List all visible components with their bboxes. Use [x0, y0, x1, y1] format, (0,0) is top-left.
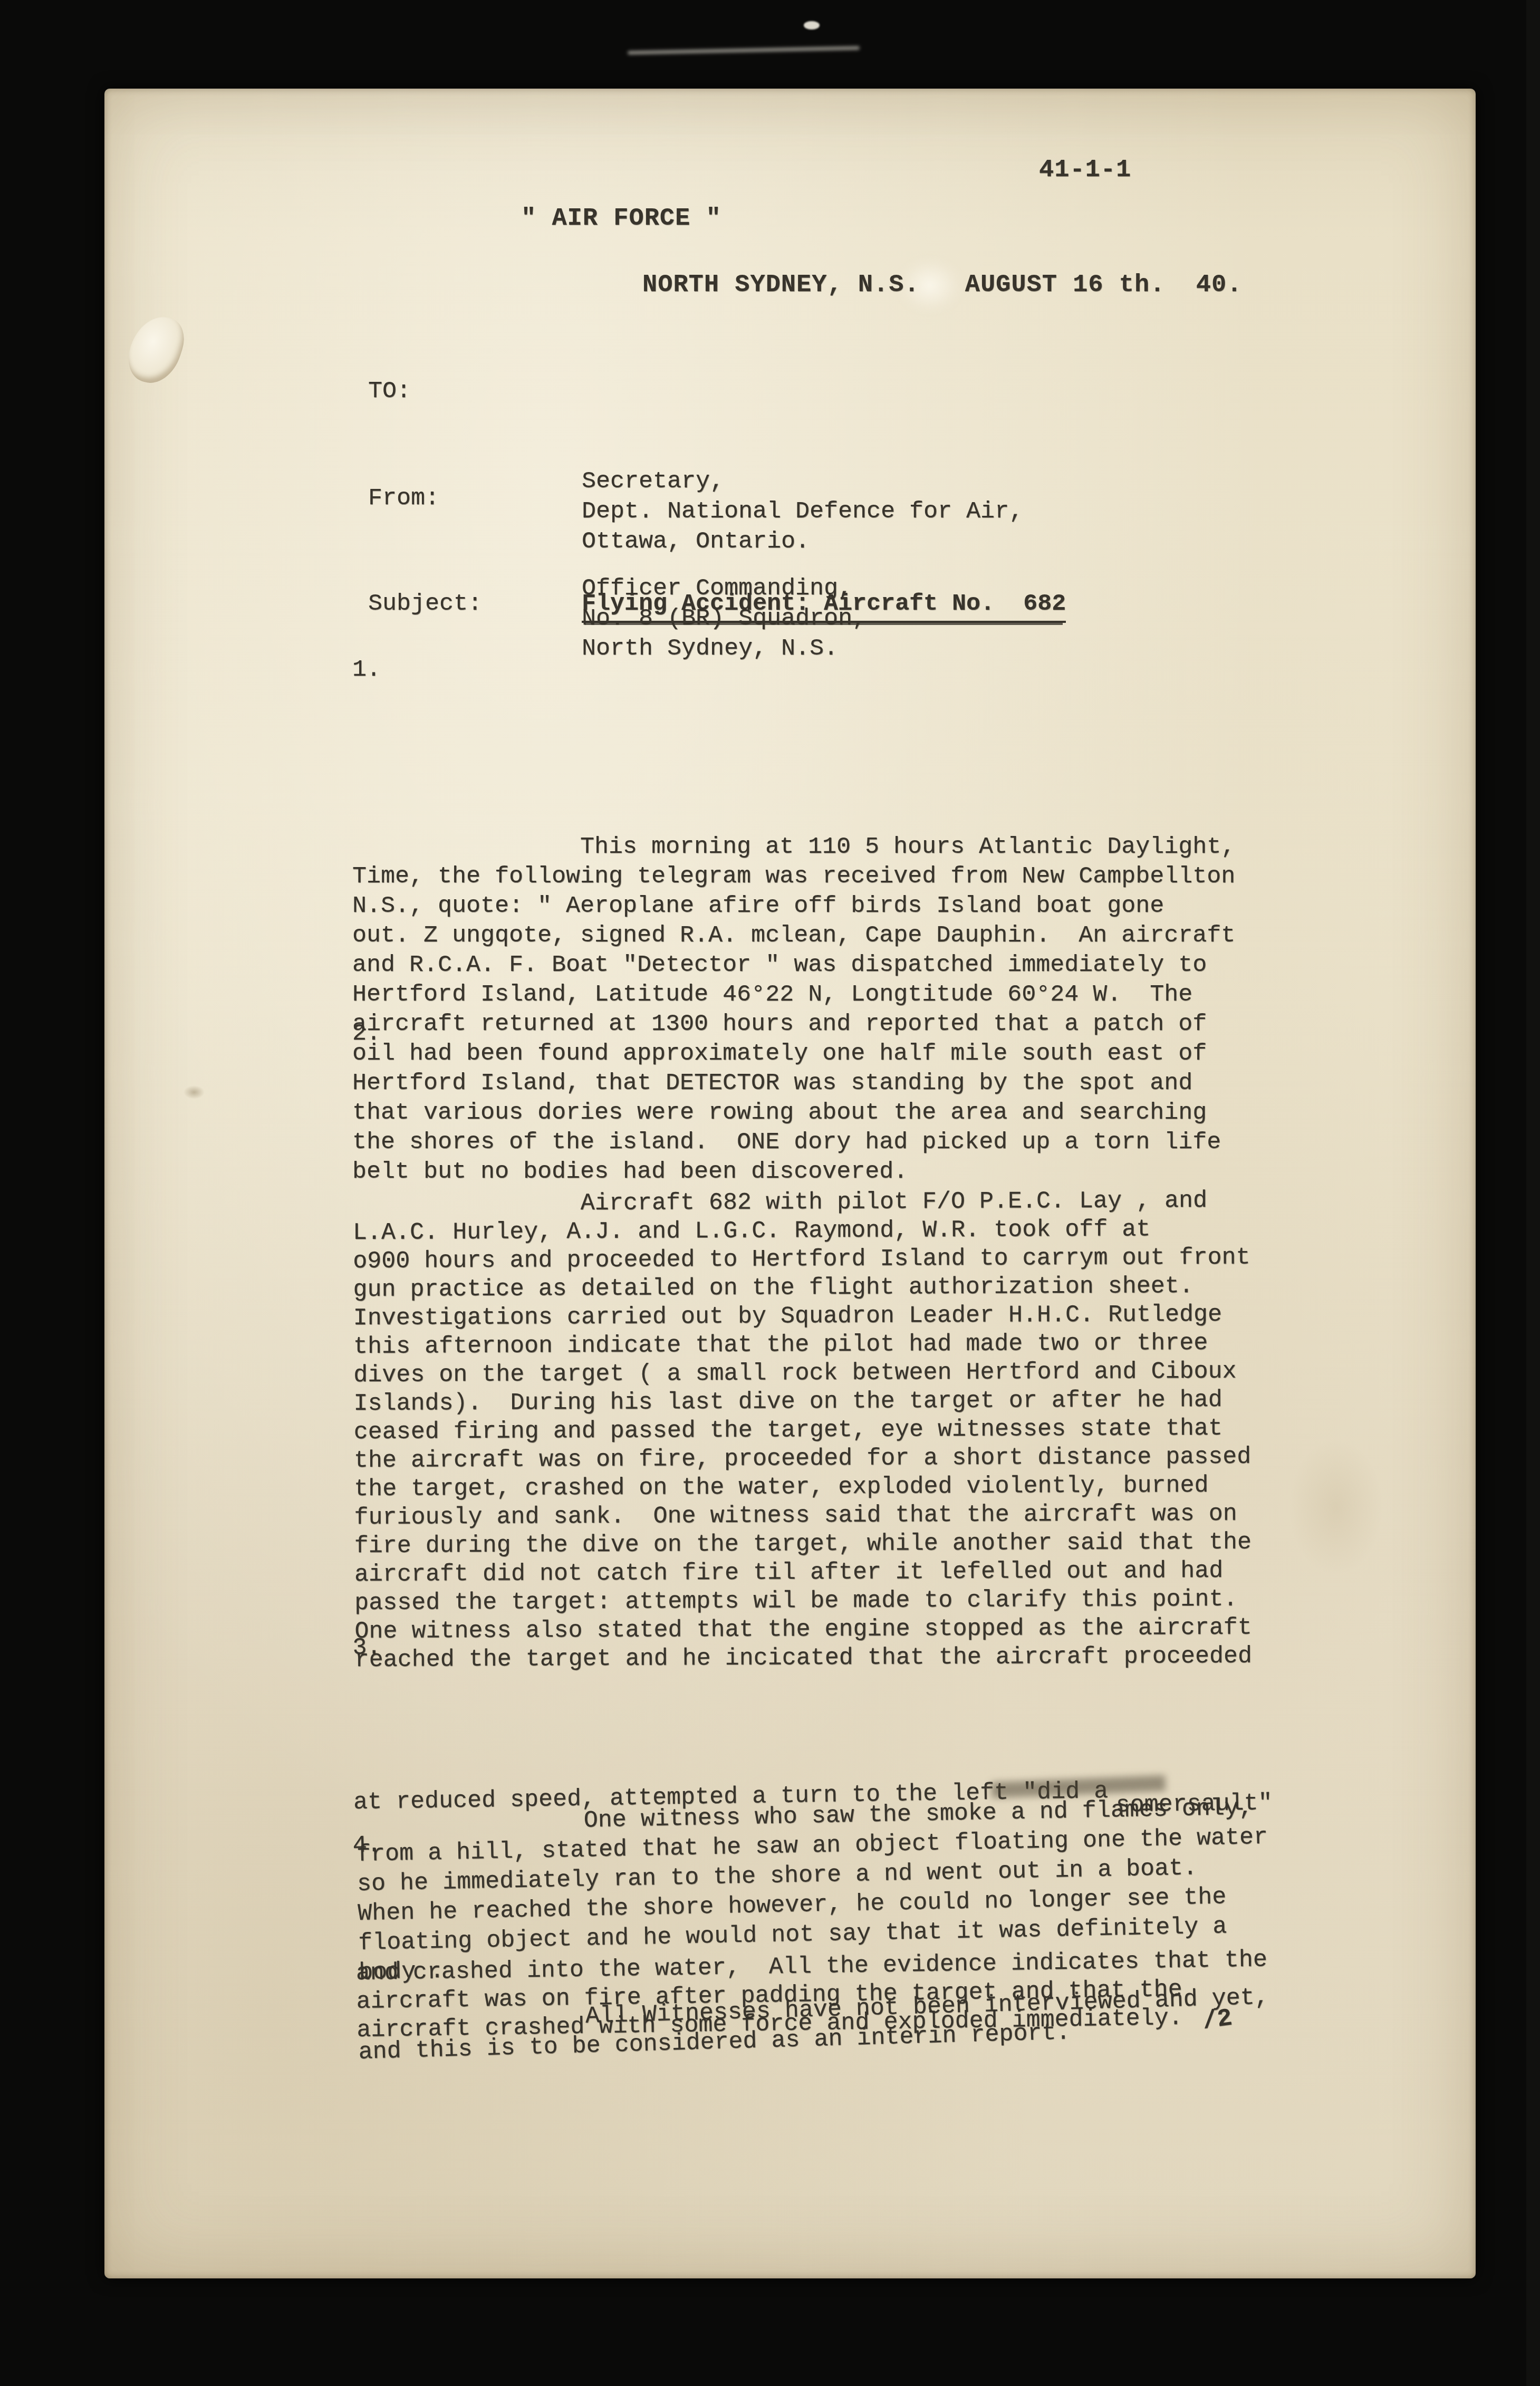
date-text: AUGUST 16 th. 40.	[965, 271, 1243, 299]
to-label: TO:	[368, 376, 411, 406]
typed-line: N.S., quote: " Aeroplane afire off birds…	[352, 891, 1235, 921]
document-page: 41-1-1 " AIR FORCE " NORTH SYDNEY, N.S.A…	[104, 89, 1476, 2278]
paragraph-body: Aircraft 682 with pilot F/O P.E.C. Lay ,…	[352, 1101, 1274, 1675]
typed-line: ceased firing and passed the target, eye…	[354, 1414, 1273, 1447]
paragraph-number: 4.	[352, 1830, 382, 1860]
scan-edge-strip	[1526, 0, 1540, 2386]
typed-line: o900 hours and proceeded to Hertford Isl…	[353, 1243, 1272, 1276]
paragraph-number: 2.	[352, 1019, 381, 1048]
typed-line: furiously and sank. One witness said tha…	[354, 1499, 1273, 1532]
paper-stain	[184, 1085, 205, 1099]
typed-line: and R.C.A. F. Boat "Detector " was dispa…	[352, 950, 1235, 980]
scan-scratch-mark	[628, 46, 860, 54]
page-number: /2	[1201, 2004, 1234, 2036]
paper-stain	[1288, 1439, 1383, 1576]
typed-line: the target, crashed on the water, explod…	[354, 1471, 1273, 1504]
typed-line: Islands). During his last dive on the ta…	[353, 1386, 1273, 1418]
subject-label: Subject:	[368, 589, 482, 619]
paragraph-4: 4. All Witnesses have not been interview…	[352, 1806, 1272, 2127]
typed-line: gun practice as detailed on the flight a…	[353, 1272, 1272, 1304]
typed-line: Aircraft 682 with pilot F/O P.E.C. Lay ,…	[353, 1186, 1272, 1219]
file-number: 41-1-1	[1039, 156, 1131, 184]
typed-line: Hertford Island, Latitude 46°22 N, Longt…	[352, 980, 1235, 1009]
typed-line: Investigations carried out by Squadron L…	[353, 1300, 1273, 1333]
typed-line: aircraft did not catch fire til after it…	[354, 1556, 1274, 1589]
typed-line: out. Z ungqote, signed R.A. mclean, Cape…	[352, 921, 1235, 950]
paragraph-body: All Witnesses have not been interviewed …	[355, 1894, 1270, 2067]
typed-line: L.A.C. Hurley, A.J. and L.G.C. Raymond, …	[353, 1215, 1272, 1247]
typed-line: This morning at 110 5 hours Atlantic Day…	[352, 832, 1235, 862]
typed-line: passed the target: attempts wil be made …	[354, 1585, 1274, 1618]
place-text: NORTH SYDNEY, N.S.	[642, 271, 920, 299]
organization-title: " AIR FORCE "	[521, 205, 721, 233]
from-label: From:	[368, 483, 439, 513]
typed-line: dives on the target ( a small rock betwe…	[353, 1357, 1273, 1390]
typed-line: Time, the following telegram was receive…	[352, 862, 1235, 891]
from-address: Officer Commanding,No. 8 (BR) Squadron,N…	[582, 483, 867, 663]
paragraph-number: 3.	[352, 1633, 381, 1663]
paper-tear	[121, 310, 190, 390]
scan-dust-speck	[804, 21, 820, 30]
subject-title: Flying Accident: Aircraft No. 682	[582, 589, 1066, 623]
paragraph-number: 1.	[352, 655, 381, 685]
place-date-line: NORTH SYDNEY, N.S.AUGUST 16 th. 40.	[642, 271, 1242, 299]
typed-line: this afternoon indicate that the pilot h…	[353, 1329, 1273, 1361]
typed-line: fire during the dive on the target, whil…	[354, 1528, 1274, 1561]
typed-line: the aircraft was on fire, proceeded for …	[354, 1442, 1273, 1475]
